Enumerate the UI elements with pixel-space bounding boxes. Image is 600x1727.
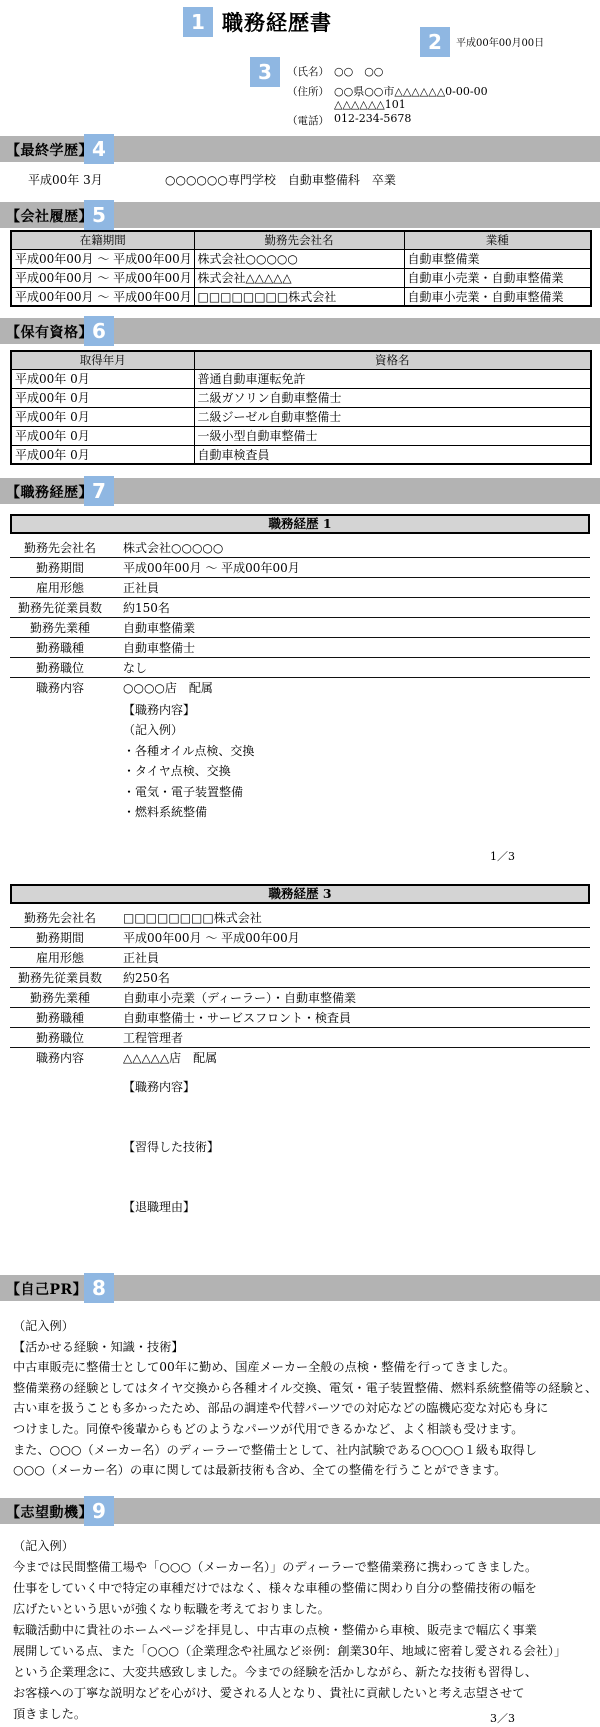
field-value: 約250名 bbox=[123, 968, 170, 987]
qualification-cell: 自動車検査員 bbox=[194, 445, 591, 464]
work-block-3-title: 職務経歴 3 bbox=[10, 884, 590, 904]
field-row: 勤務先会社名 □□□□□□□□株式会社 bbox=[10, 908, 590, 928]
field-value: 平成00年00月 ～ 平成00年00月 bbox=[123, 558, 300, 577]
field-label: 勤務期間 bbox=[10, 558, 110, 577]
date-stamp: 平成00年00月00日 bbox=[456, 34, 544, 49]
applicant-phone: 012-234-5678 bbox=[334, 112, 411, 125]
field-value: 自動車小売業（ディーラー）・自動車整備業 bbox=[123, 988, 356, 1007]
qualifications-table: 取得年月 資格名 平成00年 0月 普通自動車運転免許 平成00年 0月 二級ガ… bbox=[10, 350, 592, 465]
self-pr-line: つけました。同僚や後輩からもどのようなパーツが代用できるかなど、よく相談も受けま… bbox=[13, 1419, 597, 1440]
annotation-badge-8: 8 bbox=[84, 1273, 114, 1303]
qualification-cell: 二級ジーゼル自動車整備士 bbox=[194, 407, 591, 426]
applicant-name: ○○ ○○ bbox=[334, 63, 383, 79]
annotation-badge-9: 9 bbox=[84, 1496, 114, 1526]
self-pr-line: また、○○○（メーカー名）のディーラーで整備士として、社内試験である○○○○１級… bbox=[13, 1440, 597, 1461]
resume-document: 1 職務経歴書 2 平成00年00月00日 3 （氏名） ○○ ○○ （住所） … bbox=[0, 0, 600, 1727]
field-row: 勤務期間 平成00年00月 ～ 平成00年00月 bbox=[10, 928, 590, 948]
section-heading-education: 【最終学歴】 bbox=[6, 140, 93, 160]
field-label: 勤務先会社名 bbox=[10, 538, 110, 557]
work-block-1-title: 職務経歴 1 bbox=[10, 514, 590, 534]
table-row: 平成00年 0月 普通自動車運転免許 bbox=[11, 369, 591, 388]
field-row: 勤務職位 なし bbox=[10, 658, 590, 678]
self-pr-line: 【活かせる経験・知識・技術】 bbox=[13, 1337, 597, 1358]
table-header-row: 在籍期間 勤務先会社名 業種 bbox=[11, 231, 591, 249]
motivation-line: 広げたいという思いが強くなり転職を考えておりました。 bbox=[13, 1599, 566, 1620]
name-label: （氏名） bbox=[287, 64, 329, 79]
field-value: ○○○○店 配属 bbox=[123, 678, 213, 698]
section-heading-self-pr: 【自己PR】 bbox=[6, 1279, 87, 1299]
field-value: 自動車整備士・サービスフロント・検査員 bbox=[123, 1008, 351, 1027]
field-row: 勤務職種 自動車整備士 bbox=[10, 638, 590, 658]
motivation-line: 頂きました。 bbox=[13, 1704, 566, 1725]
column-header: 勤務先会社名 bbox=[194, 231, 404, 249]
field-label: 勤務先従業員数 bbox=[10, 598, 110, 617]
table-row: 平成00年 0月 二級ジーゼル自動車整備士 bbox=[11, 407, 591, 426]
duty-line: 【職務内容】 bbox=[123, 700, 254, 720]
self-pr-line: （記入例） bbox=[13, 1316, 597, 1337]
self-pr-line: 整備業務の経験としてはタイヤ交換から各種オイル交換、電気・電子装置整備、燃料系統… bbox=[13, 1378, 597, 1399]
field-row: 勤務先従業員数 約150名 bbox=[10, 598, 590, 618]
work-block-1-duties: 【職務内容】 （記入例） ・各種オイル点検、交換 ・タイヤ点検、交換 ・電気・電… bbox=[123, 700, 254, 822]
field-label: 勤務先業種 bbox=[10, 988, 110, 1007]
date-cell: 平成00年 0月 bbox=[11, 388, 194, 407]
qualification-cell: 二級ガソリン自動車整備士 bbox=[194, 388, 591, 407]
table-row: 平成00年00月 ～ 平成00年00月 株式会社○○○○○ 自動車整備業 bbox=[11, 249, 591, 268]
field-label: 勤務職位 bbox=[10, 1028, 110, 1047]
field-value: 工程管理者 bbox=[123, 1028, 183, 1047]
page-number-1: 1／3 bbox=[490, 848, 515, 864]
field-value: 自動車整備士 bbox=[123, 638, 195, 657]
column-header: 取得年月 bbox=[11, 351, 194, 369]
self-pr-line: 中古車販売に整備士として00年に勤め、国産メーカー全般の点検・整備を行ってきまし… bbox=[13, 1357, 597, 1378]
column-header: 業種 bbox=[404, 231, 591, 249]
date-cell: 平成00年 0月 bbox=[11, 369, 194, 388]
field-label: 勤務職種 bbox=[10, 638, 110, 657]
industry-cell: 自動車小売業・自動車整備業 bbox=[404, 268, 591, 287]
annotation-badge-2: 2 bbox=[420, 27, 450, 57]
period-cell: 平成00年00月 ～ 平成00年00月 bbox=[11, 268, 194, 287]
page-number-3: 3／3 bbox=[490, 1710, 515, 1726]
section-heading-work-history: 【職務経歴】 bbox=[6, 482, 93, 502]
field-row: 勤務先従業員数 約250名 bbox=[10, 968, 590, 988]
motivation-line: 仕事をしていく中で特定の車種だけではなく、様々な車種の整備に関わり自分の整備技術… bbox=[13, 1578, 566, 1599]
annotation-badge-6: 6 bbox=[84, 316, 114, 346]
field-label: 勤務職種 bbox=[10, 1008, 110, 1027]
field-row: 勤務先業種 自動車整備業 bbox=[10, 618, 590, 638]
field-row: 雇用形態 正社員 bbox=[10, 578, 590, 598]
field-row: 勤務先業種 自動車小売業（ディーラー）・自動車整備業 bbox=[10, 988, 590, 1008]
motivation-line: という企業理念に、大変共感致しました。今までの経験を活かしながら、新たな技術も習… bbox=[13, 1662, 566, 1683]
qualification-cell: 普通自動車運転免許 bbox=[194, 369, 591, 388]
annotation-badge-1: 1 bbox=[183, 7, 213, 37]
field-value: なし bbox=[123, 658, 147, 677]
applicant-address-line1: ○○県○○市△△△△△△0-00-00 bbox=[334, 83, 488, 99]
duty-line: （記入例） bbox=[123, 720, 254, 740]
field-label: 職務内容 bbox=[10, 1048, 110, 1068]
motivation-line: お客様への丁寧な説明などを心がけ、愛される人となり、貴社に貢献したいと考え志望さ… bbox=[13, 1683, 566, 1704]
field-row: 勤務先会社名 株式会社○○○○○ bbox=[10, 538, 590, 558]
motivation-line: 展開している点、また「○○○（企業理念や社風など※例：創業30年、地域に密着し愛… bbox=[13, 1641, 566, 1662]
date-cell: 平成00年 0月 bbox=[11, 445, 194, 464]
self-pr-text: （記入例） 【活かせる経験・知識・技術】 中古車販売に整備士として00年に勤め、… bbox=[13, 1316, 597, 1481]
column-header: 資格名 bbox=[194, 351, 591, 369]
section-heading-company-history: 【会社履歴】 bbox=[6, 206, 93, 226]
industry-cell: 自動車小売業・自動車整備業 bbox=[404, 287, 591, 306]
duty-line: ・各種オイル点検、交換 bbox=[123, 741, 254, 761]
work-block-1-fields: 勤務先会社名 株式会社○○○○○ 勤務期間 平成00年00月 ～ 平成00年00… bbox=[10, 538, 590, 698]
section-heading-qualifications: 【保有資格】 bbox=[6, 322, 93, 342]
applicant-address-line2: △△△△△△101 bbox=[334, 98, 406, 111]
company-cell: 株式会社△△△△△ bbox=[194, 268, 404, 287]
company-cell: 株式会社○○○○○ bbox=[194, 249, 404, 268]
self-pr-line: ○○○（メーカー名）の車に関しては最新技術も含め、全ての整備を行うことができます… bbox=[13, 1460, 597, 1481]
field-value: □□□□□□□□株式会社 bbox=[123, 908, 262, 927]
field-value: 正社員 bbox=[123, 948, 159, 967]
motivation-line: 今までは民間整備工場や「○○○（メーカー名）」のディーラーで整備業務に携わってき… bbox=[13, 1557, 566, 1578]
annotation-badge-5: 5 bbox=[84, 200, 114, 230]
qualification-cell: 一級小型自動車整備士 bbox=[194, 426, 591, 445]
skills-header: 【習得した技術】 bbox=[123, 1138, 219, 1155]
field-label: 雇用形態 bbox=[10, 578, 110, 597]
duty-line: ・電気・電子装置整備 bbox=[123, 782, 254, 802]
period-cell: 平成00年00月 ～ 平成00年00月 bbox=[11, 249, 194, 268]
motivation-line: （記入例） bbox=[13, 1536, 566, 1557]
field-row: 勤務期間 平成00年00月 ～ 平成00年00月 bbox=[10, 558, 590, 578]
date-cell: 平成00年 0月 bbox=[11, 407, 194, 426]
table-row: 平成00年 0月 一級小型自動車整備士 bbox=[11, 426, 591, 445]
duty-line: ・燃料系統整備 bbox=[123, 802, 254, 822]
annotation-badge-4: 4 bbox=[84, 134, 114, 164]
education-detail: ○○○○○○専門学校 自動車整備科 卒業 bbox=[165, 171, 396, 188]
motivation-line: 転職活動中に貴社のホームページを拝見し、中古車の点検・整備から車検、販売まで幅広… bbox=[13, 1620, 566, 1641]
document-title: 職務経歴書 bbox=[222, 7, 332, 37]
field-row: 勤務職位 工程管理者 bbox=[10, 1028, 590, 1048]
duty-line: ・タイヤ点検、交換 bbox=[123, 761, 254, 781]
table-row: 平成00年 0月 二級ガソリン自動車整備士 bbox=[11, 388, 591, 407]
field-label: 勤務先業種 bbox=[10, 618, 110, 637]
field-row: 勤務職種 自動車整備士・サービスフロント・検査員 bbox=[10, 1008, 590, 1028]
phone-label: （電話） bbox=[287, 113, 329, 128]
field-row: 職務内容 △△△△△店 配属 bbox=[10, 1048, 590, 1068]
work-block-3-fields: 勤務先会社名 □□□□□□□□株式会社 勤務期間 平成00年00月 ～ 平成00… bbox=[10, 908, 590, 1068]
period-cell: 平成00年00月 ～ 平成00年00月 bbox=[11, 287, 194, 306]
table-header-row: 取得年月 資格名 bbox=[11, 351, 591, 369]
field-label: 勤務期間 bbox=[10, 928, 110, 947]
field-value: △△△△△店 配属 bbox=[123, 1048, 217, 1068]
field-label: 勤務先従業員数 bbox=[10, 968, 110, 987]
company-history-table: 在籍期間 勤務先会社名 業種 平成00年00月 ～ 平成00年00月 株式会社○… bbox=[10, 230, 592, 307]
company-cell: □□□□□□□□株式会社 bbox=[194, 287, 404, 306]
section-heading-motivation: 【志望動機】 bbox=[6, 1502, 93, 1522]
field-label: 雇用形態 bbox=[10, 948, 110, 967]
table-row: 平成00年00月 ～ 平成00年00月 □□□□□□□□株式会社 自動車小売業・… bbox=[11, 287, 591, 306]
table-row: 平成00年00月 ～ 平成00年00月 株式会社△△△△△ 自動車小売業・自動車… bbox=[11, 268, 591, 287]
field-row: 雇用形態 正社員 bbox=[10, 948, 590, 968]
field-value: 正社員 bbox=[123, 578, 159, 597]
education-date: 平成00年 3月 bbox=[28, 171, 103, 188]
field-value: 自動車整備業 bbox=[123, 618, 195, 637]
motivation-text: （記入例） 今までは民間整備工場や「○○○（メーカー名）」のディーラーで整備業務… bbox=[13, 1536, 566, 1725]
field-row: 職務内容 ○○○○店 配属 bbox=[10, 678, 590, 698]
duties-header: 【職務内容】 bbox=[123, 1078, 195, 1095]
field-value: 約150名 bbox=[123, 598, 170, 617]
address-label: （住所） bbox=[287, 84, 329, 99]
date-cell: 平成00年 0月 bbox=[11, 426, 194, 445]
field-label: 勤務職位 bbox=[10, 658, 110, 677]
annotation-badge-3: 3 bbox=[250, 57, 280, 87]
resignation-reason-header: 【退職理由】 bbox=[123, 1198, 195, 1215]
industry-cell: 自動車整備業 bbox=[404, 249, 591, 268]
field-value: 平成00年00月 ～ 平成00年00月 bbox=[123, 928, 300, 947]
field-label: 勤務先会社名 bbox=[10, 908, 110, 927]
table-row: 平成00年 0月 自動車検査員 bbox=[11, 445, 591, 464]
self-pr-line: 古い車を扱うことも多かったため、部品の調達や代替パーツでの対応などの臨機応変な対… bbox=[13, 1398, 597, 1419]
column-header: 在籍期間 bbox=[11, 231, 194, 249]
annotation-badge-7: 7 bbox=[84, 476, 114, 506]
field-label: 職務内容 bbox=[10, 678, 110, 698]
field-value: 株式会社○○○○○ bbox=[123, 538, 223, 557]
